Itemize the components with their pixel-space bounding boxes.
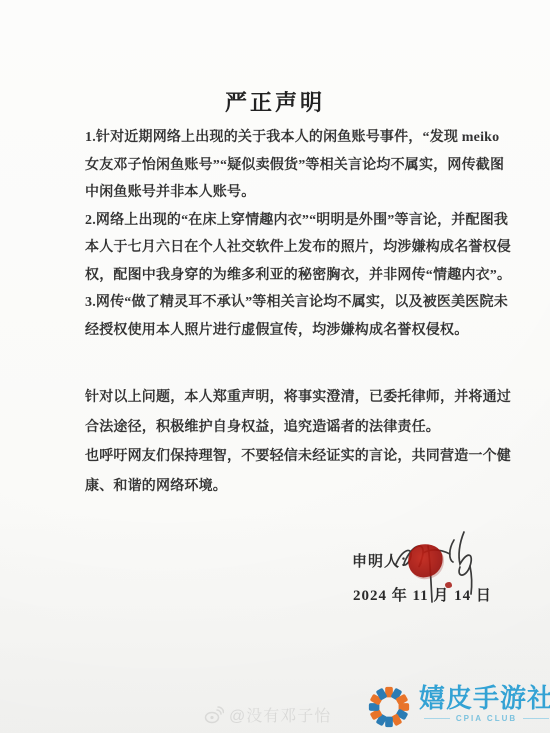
weibo-icon bbox=[204, 706, 224, 724]
statement-line: 康、和谐的网络环境。 bbox=[85, 472, 485, 502]
statement-line: 中闲鱼账号并非本人账号。 bbox=[85, 179, 485, 207]
statement-line: 女友邓子怡闲鱼账号”“疑似卖假货”等相关言论均不属实，网传截图 bbox=[85, 152, 485, 180]
statement-line: 针对以上问题，本人郑重声明，将事实澄清，已委托律师，并将通过 bbox=[85, 383, 485, 413]
statement-line: 3.网传“做了精灵耳不承认”等相关言论均不属实，以及被医美医院未 bbox=[85, 289, 485, 317]
statement-line: 也呼吁网友们保持理智，不要轻信未经证实的言论，共同营造一个健 bbox=[85, 442, 485, 472]
statement-date: 2024 年 11 月 14 日 bbox=[353, 584, 492, 605]
statement-line: 2.网络上出现的“在床上穿情趣内衣”“明明是外围”等言论，并配图我 bbox=[85, 207, 485, 235]
statement-line: 经授权使用本人照片进行虚假宣传，均涉嫌构成名誉权侵权。 bbox=[85, 317, 485, 345]
statement-title: 严正声明 bbox=[0, 86, 550, 117]
logo-burst-icon bbox=[366, 684, 412, 730]
statement-line: 合法途径，积极维护自身权益，追究造谣者的法律责任。 bbox=[85, 413, 485, 443]
statement-body-upper: 1.针对近期网络上出现的关于我本人的闲鱼账号事件，“发现 meiko 女友邓子怡… bbox=[85, 124, 485, 344]
watermark-handle: @没有邓子怡 bbox=[229, 703, 331, 726]
site-logo: 嬉皮手游社 CPIA CLUB bbox=[366, 684, 550, 730]
logo-name: 嬉皮手游社 bbox=[419, 684, 550, 712]
statement-photo: 严正声明 1.针对近期网络上出现的关于我本人的闲鱼账号事件，“发现 meiko … bbox=[0, 0, 550, 733]
statement-line: 本人于七月六日在个人社交软件上发布的照片，均涉嫌构成名誉权侵 bbox=[85, 234, 485, 262]
statement-line: 权，配图中我身穿的为维多利亚的秘密胸衣，并非网传“情趣内衣”。 bbox=[85, 262, 485, 290]
logo-subtitle: CPIA CLUB bbox=[456, 714, 517, 723]
weibo-watermark: @没有邓子怡 bbox=[204, 703, 331, 726]
statement-body-lower: 针对以上问题，本人郑重声明，将事实澄清，已委托律师，并将通过 合法途径，积极维护… bbox=[85, 383, 485, 501]
statement-line: 1.针对近期网络上出现的关于我本人的闲鱼账号事件，“发现 meiko bbox=[85, 124, 485, 152]
